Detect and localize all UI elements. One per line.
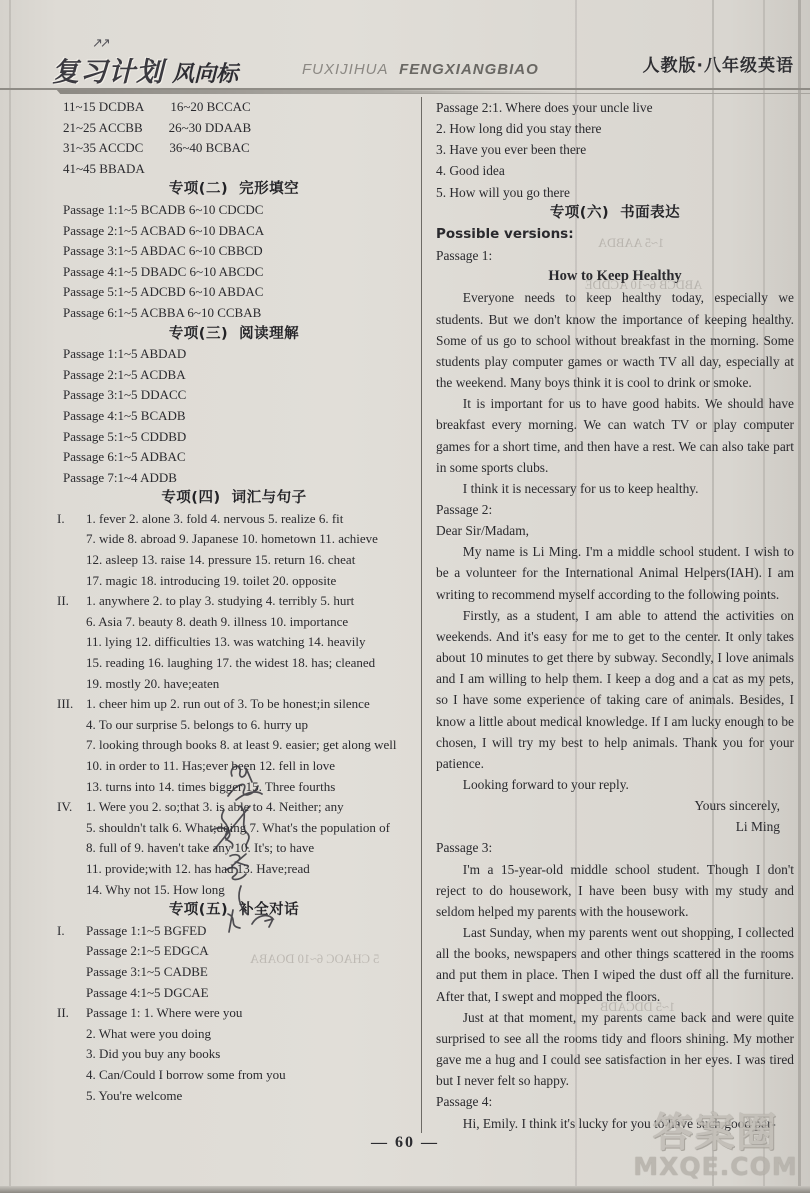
dialogue-answer-line: 2. What were you doing xyxy=(57,1024,411,1045)
brand-logo: ↗↗ 复习计划 风向标 xyxy=(52,50,238,89)
column-divider xyxy=(421,97,422,1133)
essay-paragraph: Last Sunday, when my parents went out sh… xyxy=(436,922,794,1007)
section-title-cloze: 专项(二) 完形填空 xyxy=(57,179,411,200)
passage-label: Passage 3: xyxy=(436,837,794,858)
letter-closing: Yours sincerely, xyxy=(436,795,794,816)
bleedthrough-text: 1~5 DDCADB xyxy=(600,1000,675,1015)
essay-paragraph: I'm a 15-year-old middle school student.… xyxy=(436,859,794,922)
passage-answers: Passage 3:1~5 DDACC xyxy=(57,385,411,406)
vocab-block-line: 7. looking through books 8. at least 9. … xyxy=(57,735,411,756)
answer-range: 26~30 DDAAB xyxy=(169,118,252,139)
roman-numeral: II. xyxy=(57,1003,86,1024)
answer-row: 11~15 DCDBA16~20 BCCAC xyxy=(57,97,411,118)
bleedthrough-text: ABDCB 6~10 ACDDE xyxy=(585,278,702,293)
dialogue-answer-line: 3. Did you buy any books xyxy=(57,1044,411,1065)
section-title-writing: 专项(六) 书面表达 xyxy=(436,203,794,224)
dialogue-answer-line: 5. How will you go there xyxy=(436,182,794,203)
passage-answers: Passage 7:1~4 ADDB xyxy=(57,468,411,489)
watermark-brand-text: 答案圈 xyxy=(623,1112,808,1154)
passage-answers: Passage 4:1~5 BCADB xyxy=(57,406,411,427)
roman-numeral: II. xyxy=(57,591,86,612)
answer-row: 41~45 BBADA xyxy=(57,159,411,180)
header-rule xyxy=(0,88,810,90)
letter-salutation: Dear Sir/Madam, xyxy=(436,520,794,541)
header-rule-thin xyxy=(300,93,810,94)
essay-paragraph: Looking forward to your reply. xyxy=(436,774,794,795)
vocab-block-line: 13. turns into 14. times bigger 15. Thre… xyxy=(57,777,411,798)
essay-paragraph: I think it is necessary for us to keep h… xyxy=(436,478,794,499)
watermark-logo: 答案圈 MXQE.COM xyxy=(623,1112,808,1180)
vocab-answers: 1. cheer him up 2. run out of 3. To be h… xyxy=(86,696,370,711)
bleedthrough-text: 1~5 AABDA xyxy=(598,236,664,251)
essay-paragraph: Firstly, as a student, I am able to atte… xyxy=(436,605,794,774)
page-edge-shadow xyxy=(798,0,801,1193)
vocab-block-line: 7. wide 8. abroad 9. Japanese 10. hometo… xyxy=(57,529,411,550)
answer-row: 31~35 ACCDC36~40 BCBAC xyxy=(57,138,411,159)
vocab-answers: 1. fever 2. alone 3. fold 4. nervous 5. … xyxy=(86,511,343,526)
dialogue-answer-line: 4. Good idea xyxy=(436,160,794,181)
answer-range: 16~20 BCCAC xyxy=(170,97,250,118)
page-bottom-edge xyxy=(0,1186,810,1193)
section-title-dialogue: 专项(五) 补全对话 xyxy=(57,900,411,921)
passage-answers: Passage 4:1~5 DBADC 6~10 ABCDC xyxy=(57,262,411,283)
passage-answers: Passage 3:1~5 ABDAC 6~10 CBBCD xyxy=(57,241,411,262)
passage-answers: Passage 1:1~5 BGFED xyxy=(86,923,206,938)
roman-numeral: I. xyxy=(57,921,86,942)
dialogue-answer-line: Passage 4:1~5 DGCAE xyxy=(57,983,411,1004)
essay-paragraph: Just at that moment, my parents came bac… xyxy=(436,1007,794,1092)
answer-range: 36~40 BCBAC xyxy=(169,138,249,159)
watermark-site-text: MXQE.COM xyxy=(623,1154,808,1180)
passage-answers: Passage 1:1~5 ABDAD xyxy=(57,344,411,365)
vocab-block-line: 8. full of 9. haven't take any 10. It's;… xyxy=(57,838,411,859)
vocab-block-line: 11. lying 12. difficulties 13. was watch… xyxy=(57,632,411,653)
essay-paragraph: Everyone needs to keep healthy today, es… xyxy=(436,287,794,393)
page-edge-shadow xyxy=(9,0,11,1193)
dialogue-answer-line: I.Passage 1:1~5 BGFED xyxy=(57,921,411,942)
vocab-block-line: 15. reading 16. laughing 17. the widest … xyxy=(57,653,411,674)
logo-main-text: 复习计划 xyxy=(52,57,164,88)
passage-answers: Passage 6:1~5 ADBAC xyxy=(57,447,411,468)
page-header: ↗↗ 复习计划 风向标 FUXIJIHUA FENGXIANGBIAO 人教版·… xyxy=(0,44,810,94)
dialogue-answer-line: Passage 2:1. Where does your uncle live xyxy=(436,97,794,118)
answer-range: 31~35 ACCDC xyxy=(63,138,143,159)
dialogue-answer-line: 5. You're welcome xyxy=(57,1086,411,1107)
passage-label: Passage 2: xyxy=(436,499,794,520)
essay-paragraph: My name is Li Ming. I'm a middle school … xyxy=(436,541,794,604)
logo-sub-text: 风向标 xyxy=(172,62,238,87)
vocab-block-line: IV.1. Were you 2. so;that 3. is able to … xyxy=(57,797,411,818)
vocab-block-line: 4. To our surprise 5. belongs to 6. hurr… xyxy=(57,715,411,736)
passage-answers: Passage 2:1~5 ACBAD 6~10 DBACA xyxy=(57,221,411,242)
answer-range: 11~15 DCDBA xyxy=(63,97,144,118)
answer-range: 21~25 ACCBB xyxy=(63,118,143,139)
vocab-block-line: 19. mostly 20. have;eaten xyxy=(57,674,411,695)
roman-numeral: III. xyxy=(57,694,86,715)
vocab-block-line: III.1. cheer him up 2. run out of 3. To … xyxy=(57,694,411,715)
logo-arrows-icon: ↗↗ xyxy=(92,36,108,51)
letter-signature: Li Ming xyxy=(436,816,794,837)
vocab-block-line: 14. Why not 15. How long xyxy=(57,880,411,901)
pinyin-bold: FENGXIANGBIAO xyxy=(399,61,539,78)
dialogue-answer-line: 4. Can/Could I borrow some from you xyxy=(57,1065,411,1086)
essay-paragraph: It is important for us to have good habi… xyxy=(436,393,794,478)
vocab-block-line: 5. shouldn't talk 6. What;doing 7. What'… xyxy=(57,818,411,839)
vocab-block-line: I.1. fever 2. alone 3. fold 4. nervous 5… xyxy=(57,509,411,530)
vocab-block-line: 10. in order to 11. Has;ever been 12. fe… xyxy=(57,756,411,777)
vocab-answers: 1. Were you 2. so;that 3. is able to 4. … xyxy=(86,799,344,814)
pinyin-light: FUXIJIHUA xyxy=(302,61,388,78)
vocab-block-line: 12. asleep 13. raise 14. pressure 15. re… xyxy=(57,550,411,571)
passage-answers: Passage 5:1~5 ADCBD 6~10 ABDAC xyxy=(57,282,411,303)
page-number: — 60 — xyxy=(335,1134,475,1152)
section-title-reading: 专项(三) 阅读理解 xyxy=(57,324,411,345)
vocab-block-line: 17. magic 18. introducing 19. toilet 20.… xyxy=(57,571,411,592)
header-pinyin: FUXIJIHUA FENGXIANGBIAO xyxy=(302,61,539,78)
edition-label: 人教版·八年级英语 xyxy=(643,51,794,76)
passage-answers: Passage 2:1~5 ACDBA xyxy=(57,365,411,386)
vocab-block-line: 11. provide;with 12. has had 13. Have;re… xyxy=(57,859,411,880)
roman-numeral: I. xyxy=(57,509,86,530)
right-column: Passage 2:1. Where does your uncle live … xyxy=(436,97,794,1134)
dialogue-answer-line: II.Passage 1: 1. Where were you xyxy=(57,1003,411,1024)
vocab-block-line: 6. Asia 7. beauty 8. death 9. illness 10… xyxy=(57,612,411,633)
dialogue-answer: Passage 1: 1. Where were you xyxy=(86,1005,242,1020)
roman-numeral: IV. xyxy=(57,797,86,818)
answer-row: 21~25 ACCBB26~30 DDAAB xyxy=(57,118,411,139)
passage-answers: Passage 6:1~5 ACBBA 6~10 CCBAB xyxy=(57,303,411,324)
section-title-vocab: 专项(四) 词汇与句子 xyxy=(57,488,411,509)
vocab-answers: 1. anywhere 2. to play 3. studying 4. te… xyxy=(86,593,354,608)
passage-answers: Passage 1:1~5 BCADB 6~10 CDCDC xyxy=(57,200,411,221)
vocab-block-line: II.1. anywhere 2. to play 3. studying 4.… xyxy=(57,591,411,612)
dialogue-answer-line: 3. Have you ever been there xyxy=(436,139,794,160)
passage-answers: Passage 5:1~5 CDDBD xyxy=(57,427,411,448)
bleedthrough-text: 5 CHAOC 6~10 DOABA xyxy=(250,952,379,967)
dialogue-answer-line: 2. How long did you stay there xyxy=(436,118,794,139)
answer-range: 41~45 BBADA xyxy=(63,159,145,180)
